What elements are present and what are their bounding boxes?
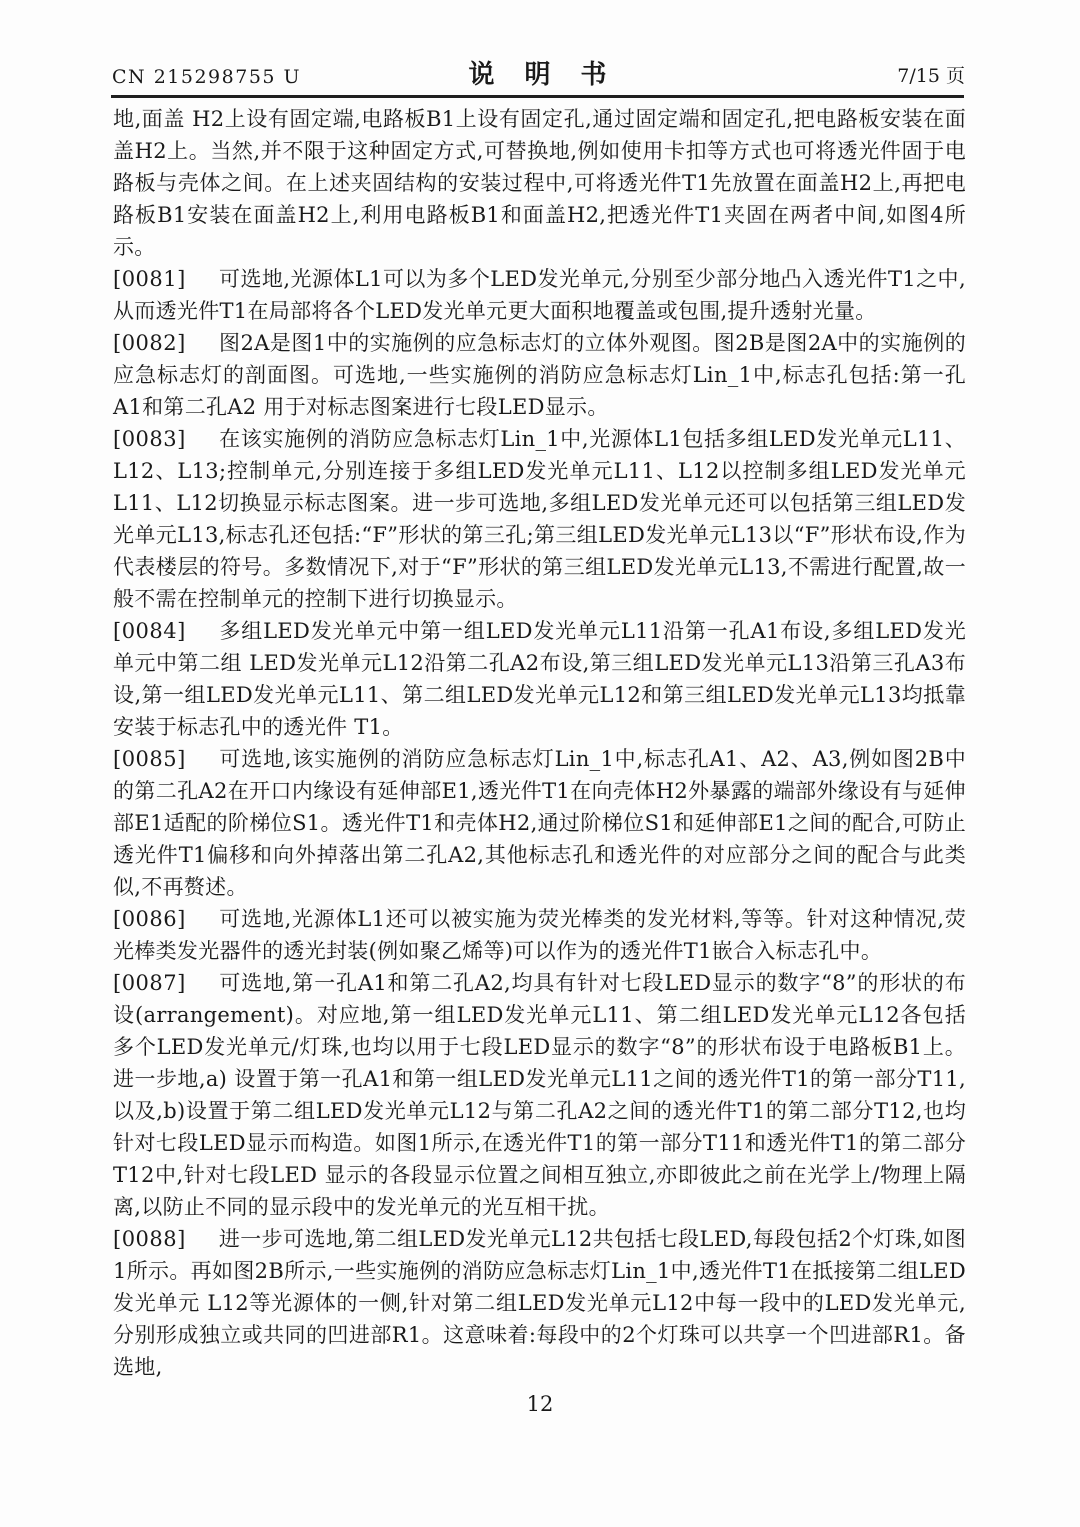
paragraph: [0088]进一步可选地,第二组LED发光单元L12共包括七段LED,每段包括2… bbox=[113, 1223, 966, 1383]
paragraph: [0087]可选地,第一孔A1和第二孔A2,均具有针对七段LED显示的数字“8”… bbox=[113, 967, 966, 1223]
paragraph-tag: [0081] bbox=[113, 267, 186, 291]
paragraph-text: 可选地,光源体L1可以为多个LED发光单元,分别至少部分地凸入透光件T1之中,从… bbox=[113, 267, 966, 323]
paragraph-text: 多组LED发光单元中第一组LED发光单元L11沿第一孔A1布设,多组LED发光单… bbox=[113, 619, 966, 739]
paragraph-tag: [0083] bbox=[113, 427, 186, 451]
paragraph: [0085]可选地,该实施例的消防应急标志灯Lin_1中,标志孔A1、A2、A3… bbox=[113, 743, 966, 903]
paragraph-tag: [0088] bbox=[113, 1227, 186, 1251]
paragraph: [0086]可选地,光源体L1还可以被实施为荧光棒类的发光材料,等等。针对这种情… bbox=[113, 903, 966, 967]
page-footer: 12 bbox=[0, 1392, 1080, 1416]
paragraph-text: 进一步可选地,第二组LED发光单元L12共包括七段LED,每段包括2个灯珠,如图… bbox=[113, 1227, 966, 1379]
paragraph-text: 可选地,第一孔A1和第二孔A2,均具有针对七段LED显示的数字“8”的形状的布设… bbox=[113, 971, 966, 1219]
paragraph: 地,面盖 H2上设有固定端,电路板B1上设有固定孔,通过固定端和固定孔,把电路板… bbox=[113, 103, 966, 263]
paragraph-tag: [0084] bbox=[113, 619, 186, 643]
paragraph-tag: [0086] bbox=[113, 907, 186, 931]
paragraph: [0083]在该实施例的消防应急标志灯Lin_1中,光源体L1包括多组LED发光… bbox=[113, 423, 966, 615]
page-number: 12 bbox=[527, 1392, 554, 1416]
page-header: CN 215298755 U 说 明 书 7/15 页 bbox=[112, 58, 965, 94]
paragraph-text: 地,面盖 H2上设有固定端,电路板B1上设有固定孔,通过固定端和固定孔,把电路板… bbox=[113, 107, 966, 259]
paragraph-text: 可选地,光源体L1还可以被实施为荧光棒类的发光材料,等等。针对这种情况,荧光棒类… bbox=[113, 907, 966, 963]
paragraph-text: 可选地,该实施例的消防应急标志灯Lin_1中,标志孔A1、A2、A3,例如图2B… bbox=[113, 747, 966, 899]
document-title: 说 明 书 bbox=[112, 54, 965, 91]
paragraph-tag: [0087] bbox=[113, 971, 186, 995]
paragraph-text: 图2A是图1中的实施例的应急标志灯的立体外观图。图2B是图2A中的实施例的应急标… bbox=[113, 331, 966, 419]
sheet-indicator: 7/15 页 bbox=[897, 61, 965, 88]
document-body: 地,面盖 H2上设有固定端,电路板B1上设有固定孔,通过固定端和固定孔,把电路板… bbox=[113, 103, 966, 1383]
paragraph-text: 在该实施例的消防应急标志灯Lin_1中,光源体L1包括多组LED发光单元L11、… bbox=[113, 427, 966, 611]
paragraph-tag: [0085] bbox=[113, 747, 186, 771]
paragraph: [0081]可选地,光源体L1可以为多个LED发光单元,分别至少部分地凸入透光件… bbox=[113, 263, 966, 327]
header-divider bbox=[111, 95, 964, 98]
paragraph: [0084]多组LED发光单元中第一组LED发光单元L11沿第一孔A1布设,多组… bbox=[113, 615, 966, 743]
paragraph-tag: [0082] bbox=[113, 331, 186, 355]
paragraph: [0082]图2A是图1中的实施例的应急标志灯的立体外观图。图2B是图2A中的实… bbox=[113, 327, 966, 423]
patent-specification-page: CN 215298755 U 说 明 书 7/15 页 地,面盖 H2上设有固定… bbox=[0, 0, 1080, 1527]
